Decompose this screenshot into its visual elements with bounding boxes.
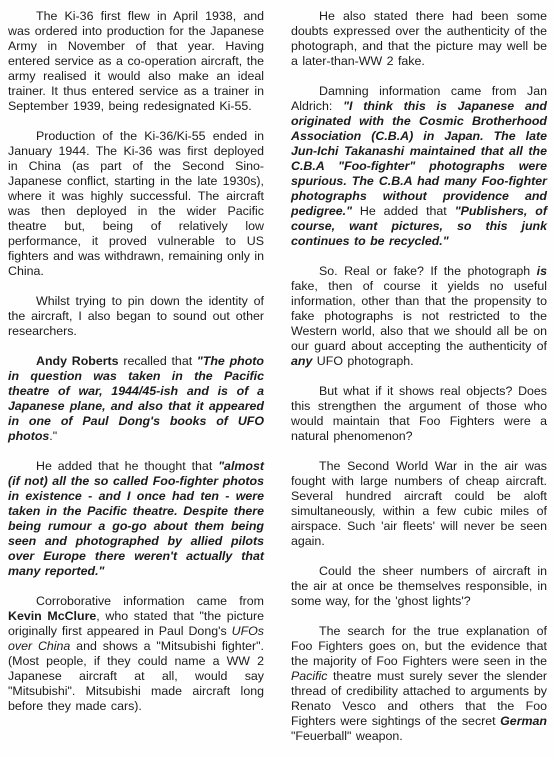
text-run: UFO photograph. [312,354,413,368]
text-run: Andy Roberts [36,354,119,368]
text-run: Could the sheer numbers of aircraft in t… [291,564,547,608]
text-run: He also stated there had been some doubt… [291,9,547,68]
text-run: "I think this is Japanese and originated… [291,99,547,218]
left-column: The Ki-36 first flew in April 1938, and … [8,9,264,752]
text-run: Kevin McClure [8,609,96,623]
text-run: He added that [352,204,455,218]
paragraph: He added that he thought that "almost (i… [8,459,264,579]
paragraph: The Ki-36 first flew in April 1938, and … [8,9,264,114]
paragraph: The Second World War in the air was foug… [291,459,547,549]
paragraph: He also stated there had been some doubt… [291,9,547,69]
text-run: But what if it shows real objects? Does … [291,384,547,443]
text-run: Whilst trying to pin down the identity o… [8,294,264,338]
paragraph: Corroborative information came from Kevi… [8,594,264,714]
text-run: Corroborative information came from [36,594,264,608]
paragraph: Andy Roberts recalled that "The photo in… [8,354,264,444]
text-run: "almost (if not) all the so called Foo-f… [8,459,264,578]
paragraph: Could the sheer numbers of aircraft in t… [291,564,547,609]
text-run: any [291,354,312,368]
paragraph: Production of the Ki-36/Ki-55 ended in J… [8,129,264,279]
text-run: fake, then of course it yields no useful… [291,279,547,353]
text-run: He added that he thought that [36,459,218,473]
text-run: Production of the Ki-36/Ki-55 ended in J… [8,129,264,278]
paragraph: So. Real or fake? If the photograph is f… [291,264,547,369]
text-run: Pacific [291,669,328,683]
text-run: ." [49,429,57,443]
text-run: "Feuerball" weapon. [291,729,403,743]
text-run: is [537,264,547,278]
paragraph: But what if it shows real objects? Does … [291,384,547,444]
paragraph: Damning information came from Jan Aldric… [291,84,547,249]
text-run: The Second World War in the air was foug… [291,459,547,548]
text-run: The Ki-36 first flew in April 1938, and … [8,9,264,113]
paragraph: Whilst trying to pin down the identity o… [8,294,264,339]
text-run: The search for the true explanation of F… [291,624,547,668]
paragraph: The search for the true explanation of F… [291,624,547,744]
text-run: German [500,714,547,728]
right-column: He also stated there had been some doubt… [291,9,547,752]
document-page: The Ki-36 first flew in April 1938, and … [0,0,555,758]
text-run: recalled that [119,354,197,368]
text-run: So. Real or fake? If the photograph [319,264,537,278]
